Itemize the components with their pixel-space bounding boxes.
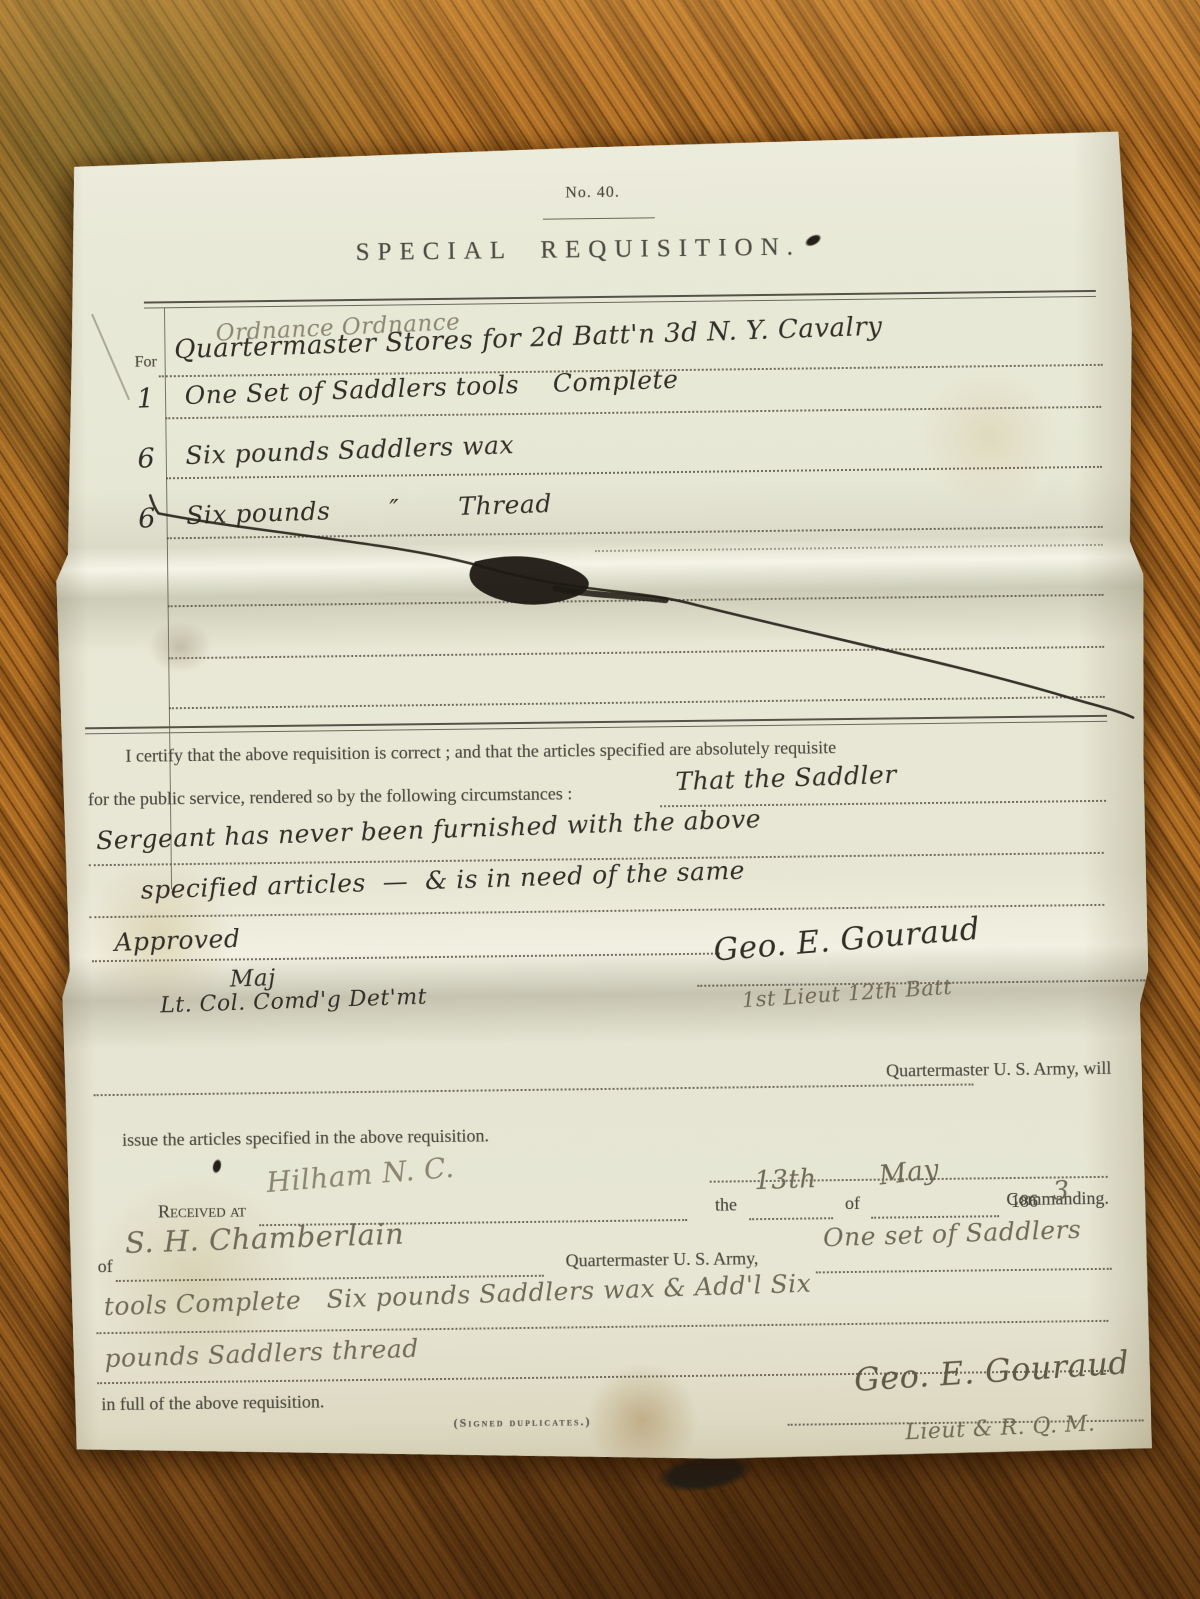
of-label: of [845,1193,860,1214]
the-label: the [715,1194,737,1215]
qm-title-printed: Quartermaster U. S. Army, [566,1248,759,1271]
received-day: 13th [754,1164,817,1196]
of-label-2: of [98,1256,113,1277]
signed-duplicates-label: (Signed duplicates.) [454,1414,592,1431]
year-digit: 3 [1052,1176,1070,1207]
pencil-slash [92,314,129,400]
qm-will-line: Quartermaster U. S. Army, will [886,1058,1112,1082]
requisition-paper: No. 40. SPECIAL REQUISITION. Ordnance Or… [50,131,1154,1466]
received-at-label: Received at [158,1200,246,1222]
approver-rank: Maj [229,965,276,993]
in-full-line: in full of the above requisition. [101,1391,324,1415]
stain-smudge [148,621,213,674]
photo-of-requisition-on-wood-table: { "document": { "form_no": "No. 40.", "t… [0,0,1200,1599]
approved-entry: Approved [114,924,241,957]
paper-sheet: No. 40. SPECIAL REQUISITION. Ordnance Or… [50,131,1154,1466]
year-printed: 186 [1011,1191,1038,1212]
issue-line: issue the articles specified in the abov… [122,1125,489,1150]
